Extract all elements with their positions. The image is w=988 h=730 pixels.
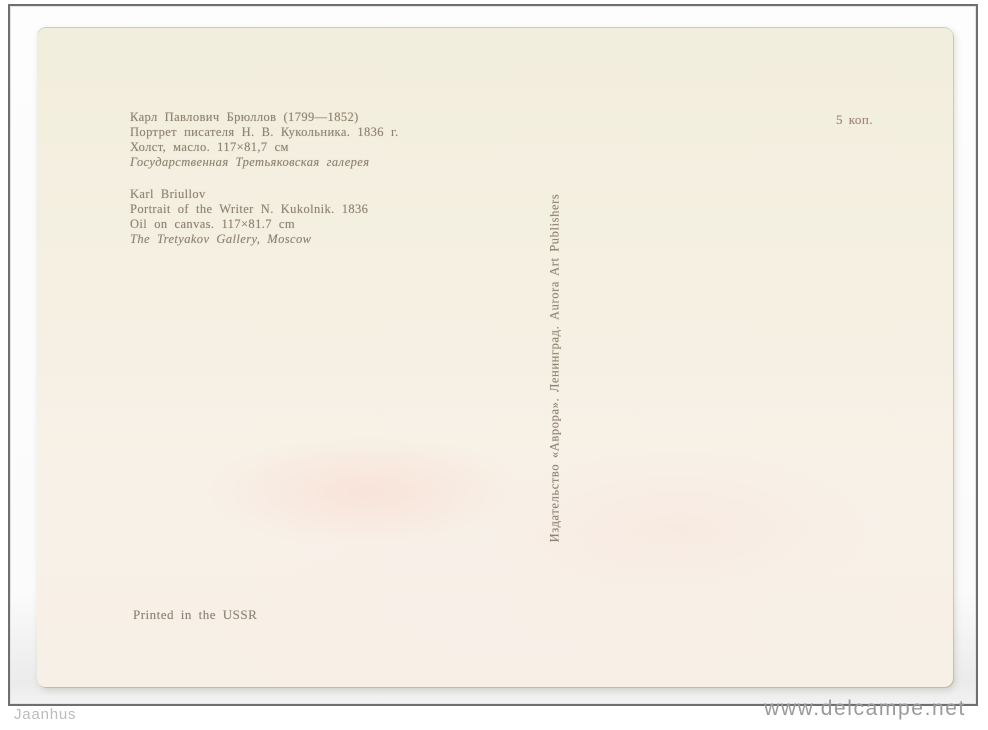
price-label: 5 коп. xyxy=(836,112,873,128)
caption-russian: Карл Павлович Брюллов (1799—1852) Портре… xyxy=(130,110,399,170)
seller-watermark: Jaanhus xyxy=(14,706,76,723)
gallery-name-ru: Государственная Третьяковская галерея xyxy=(130,155,399,170)
scanned-postcard-page: Карл Павлович Брюллов (1799—1852) Портре… xyxy=(0,0,988,730)
medium-dimensions-ru: Холст, масло. 117×81,7 см xyxy=(130,140,399,155)
postcard-back: Карл Павлович Брюллов (1799—1852) Портре… xyxy=(37,27,953,687)
medium-dimensions-en: Oil on canvas. 117×81.7 cm xyxy=(130,217,368,232)
delcampe-watermark: www.delcampe.net xyxy=(764,697,966,721)
artwork-title-ru: Портрет писателя Н. В. Кукольника. 1836 … xyxy=(130,125,399,140)
artist-name-en: Karl Briullov xyxy=(130,187,368,202)
caption-english: Karl Briullov Portrait of the Writer N. … xyxy=(130,187,368,247)
printed-in-ussr-label: Printed in the USSR xyxy=(133,607,257,623)
scan-frame-border: Карл Павлович Брюллов (1799—1852) Портре… xyxy=(8,4,978,706)
artwork-title-en: Portrait of the Writer N. Kukolnik. 1836 xyxy=(130,202,368,217)
publisher-colophon-vertical: Издательство «Аврора». Ленинград. Aurora… xyxy=(548,142,563,594)
artist-name-ru: Карл Павлович Брюллов (1799—1852) xyxy=(130,110,399,125)
gallery-name-en: The Tretyakov Gallery, Moscow xyxy=(130,232,368,247)
